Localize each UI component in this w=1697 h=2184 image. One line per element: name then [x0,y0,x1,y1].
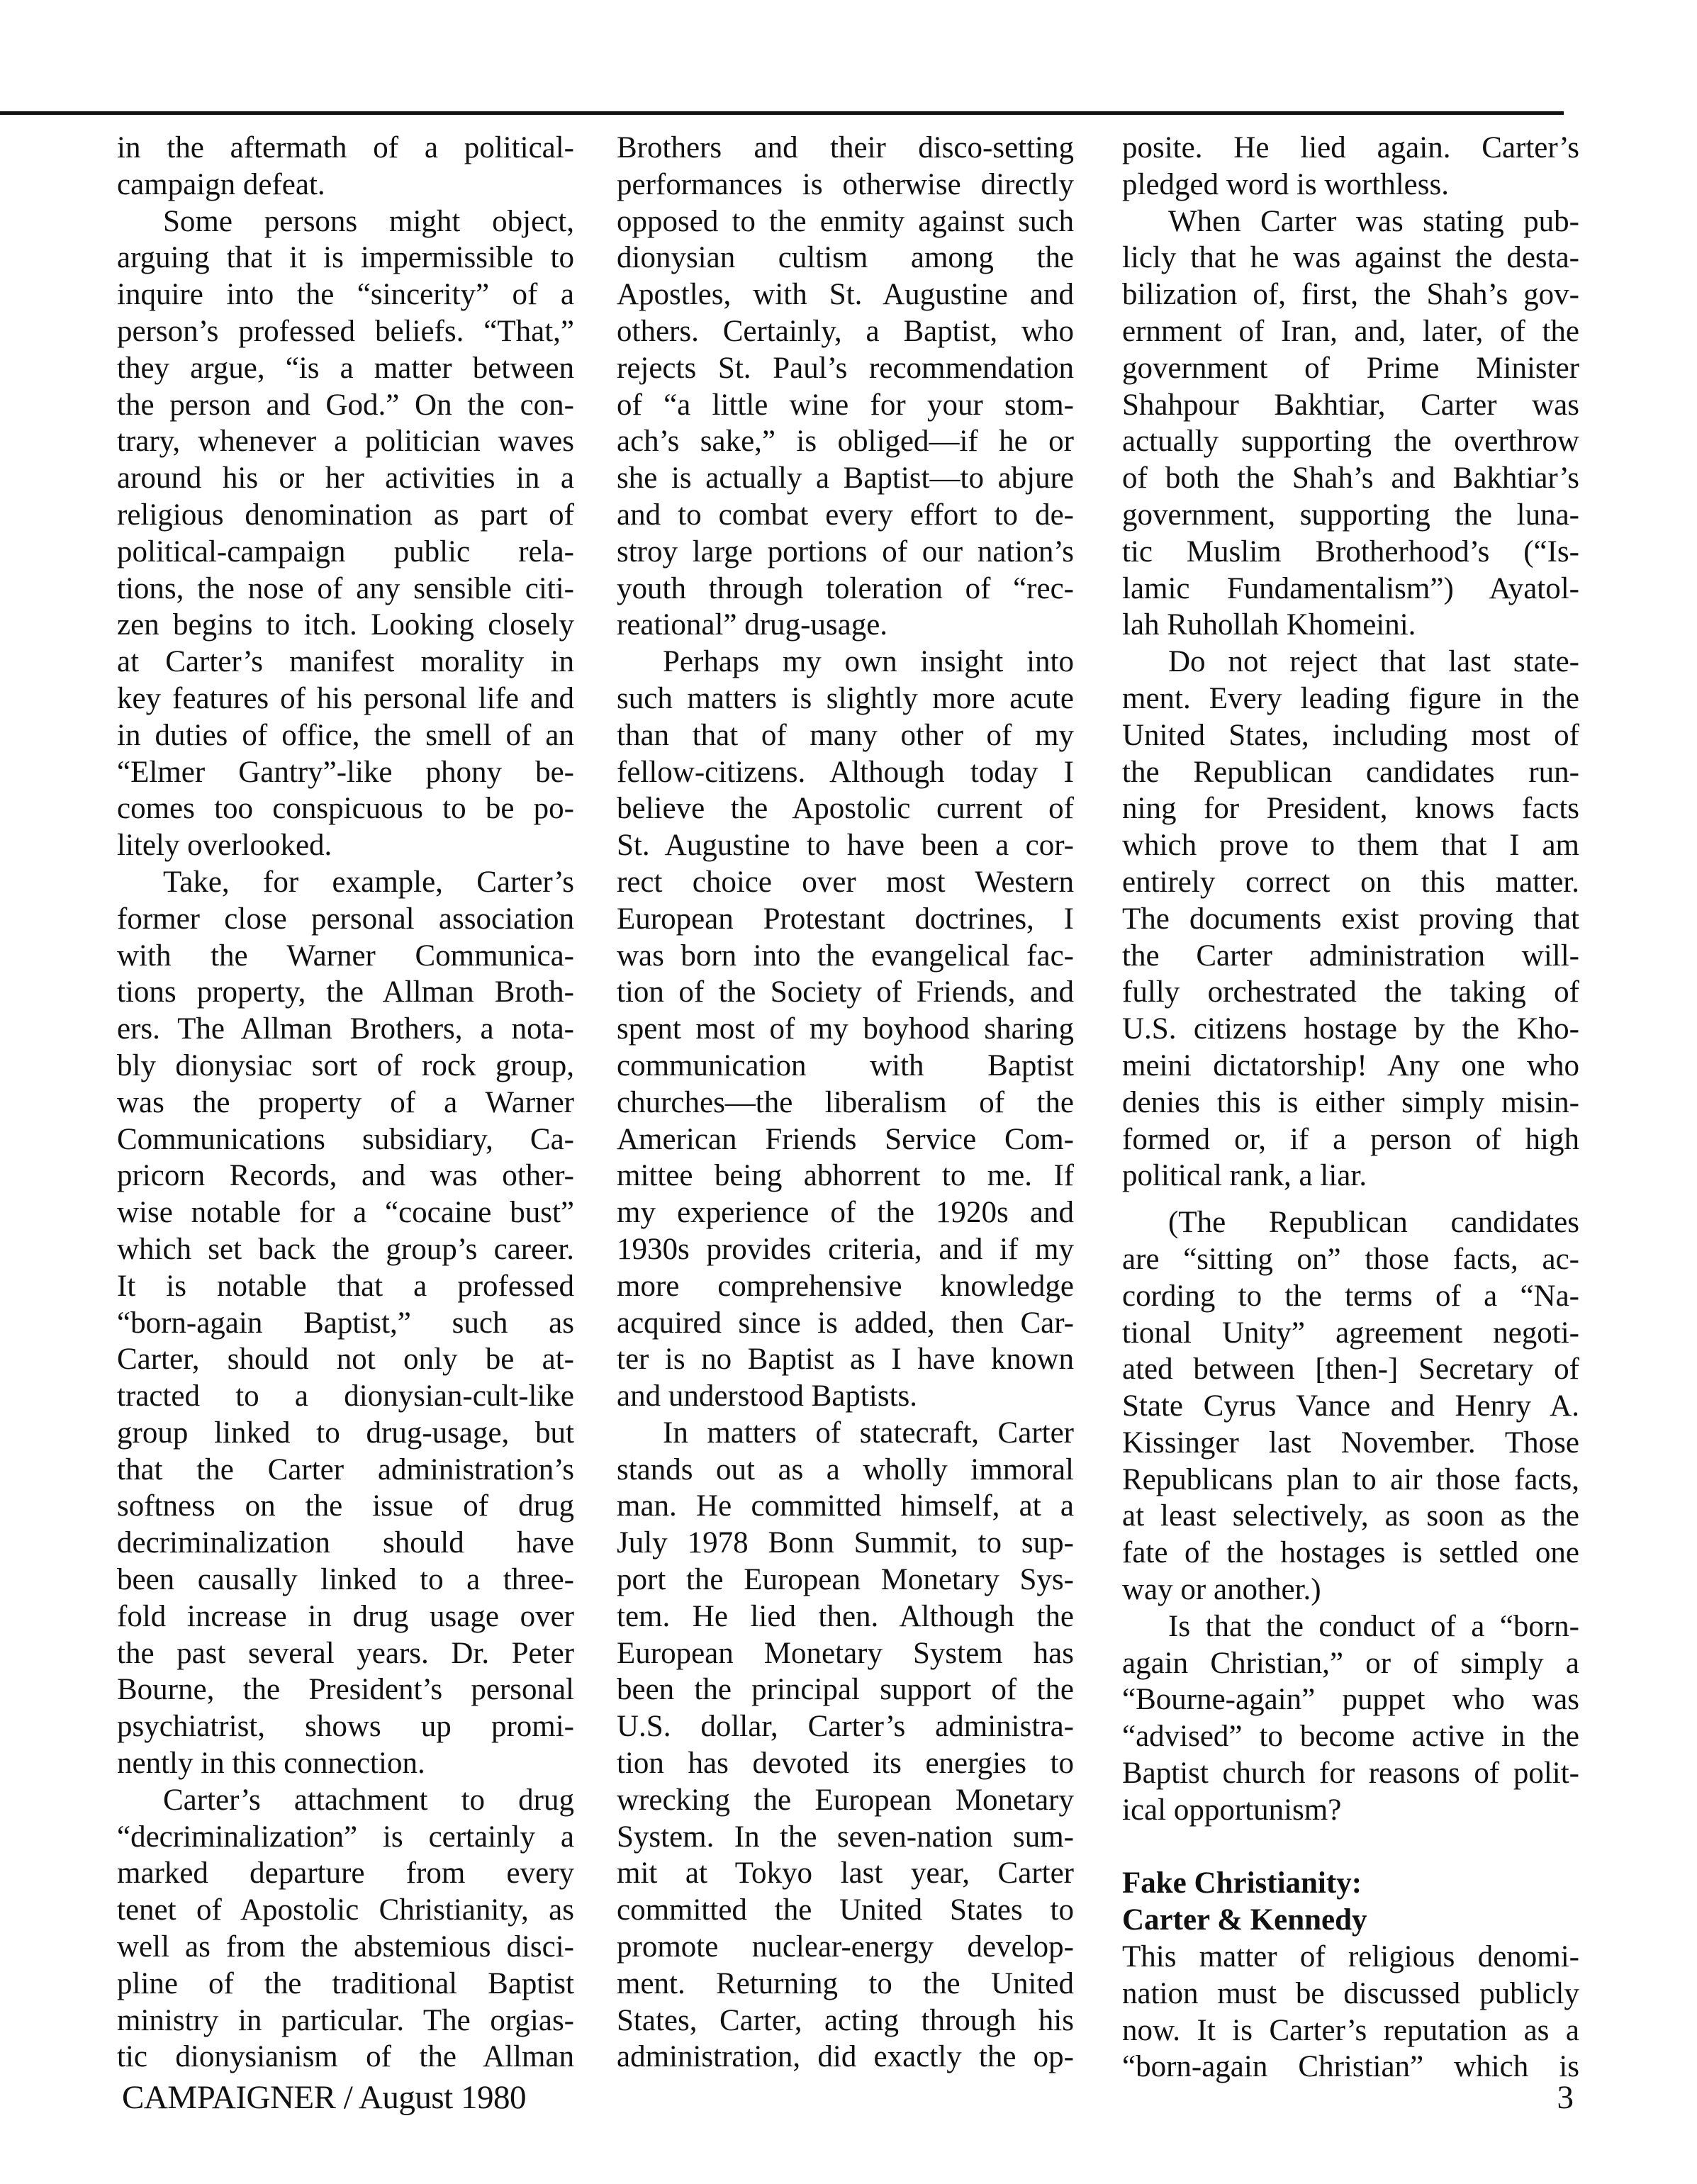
paragraph: in the aftermath of a political-campaign… [117,130,574,203]
text-line: ment. Every leading figure in the [1122,681,1579,717]
text-line: ment. Returning to the United [617,1966,1074,2003]
text-line: marked departure from every [117,1855,574,1892]
text-line: zen begins to itch. Looking closely [117,607,574,644]
text-line: comes too conspicuous to be po- [117,790,574,827]
text-line: States, Carter, acting through his [617,2003,1074,2039]
text-line: in duties of office, the smell of an [117,717,574,754]
text-line: ated between [then-] Secretary of [1122,1351,1579,1388]
paragraph: posite. He lied again. Carter’spledged w… [1122,130,1579,203]
text-line: posite. He lied again. Carter’s [1122,130,1579,167]
text-line: political rank, a liar. [1122,1158,1579,1194]
text-line: youth through toleration of “rec- [617,571,1074,607]
text-line: in the aftermath of a political- [117,130,574,167]
text-line: It is notable that a professed [117,1268,574,1305]
text-line: communication with Baptist [617,1048,1074,1085]
text-line: my experience of the 1920s and [617,1194,1074,1231]
text-line: Apostles, with St. Augustine and [617,276,1074,313]
text-line: former close personal association [117,901,574,938]
text-line: Is that the conduct of a “born- [1122,1608,1579,1645]
text-line: Take, for example, Carter’s [117,864,574,901]
text-line: pledged word is worthless. [1122,167,1579,203]
paragraph-gap [1122,1829,1579,1866]
section-heading-line: Carter & Kennedy [1122,1902,1579,1939]
text-line: meini dictatorship! Any one who [1122,1048,1579,1085]
text-line: Shahpour Bakhtiar, Carter was [1122,387,1579,424]
text-line: mit at Tokyo last year, Carter [617,1855,1074,1892]
text-line: dionysian cultism among the [617,240,1074,276]
text-line: of both the Shah’s and Bakhtiar’s [1122,460,1579,497]
text-line: July 1978 Bonn Summit, to sup- [617,1525,1074,1562]
text-line: stands out as a wholly immoral [617,1452,1074,1489]
page-number: 3 [1552,2078,1574,2117]
text-line: and to combat every effort to de- [617,497,1074,534]
text-line: 1930s provides criteria, and if my [617,1231,1074,1268]
text-line: Some persons might object, [117,203,574,240]
text-line: inquire into the “sincerity” of a [117,276,574,313]
text-line: the person and God.” On the con- [117,387,574,424]
text-line: Bourne, the President’s personal [117,1671,574,1708]
running-footer: CAMPAIGNER / August 1980 [122,2078,526,2117]
text-line: formed or, if a person of high [1122,1121,1579,1158]
text-line: tion of the Society of Friends, and [617,974,1074,1011]
text-line: nently in this connection. [117,1745,574,1782]
text-line: acquired since is added, then Car- [617,1305,1074,1342]
text-line: which set back the group’s career. [117,1231,574,1268]
text-line: of “a little wine for your stom- [617,387,1074,424]
text-line: fold increase in drug usage over [117,1598,574,1635]
text-line: lah Ruhollah Khomeini. [1122,607,1579,644]
header-rule [0,111,1564,115]
text-line: cording to the terms of a “Na- [1122,1278,1579,1315]
section-heading-line: Fake Christianity: [1122,1865,1579,1902]
text-line: spent most of my boyhood sharing [617,1011,1074,1048]
text-line: well as from the abstemious disci- [117,1929,574,1966]
text-line: more comprehensive knowledge [617,1268,1074,1305]
text-line: United States, including most of [1122,717,1579,754]
text-line: bilization of, first, the Shah’s gov- [1122,276,1579,313]
text-line: ach’s sake,” is obliged—if he or [617,423,1074,460]
text-line: “Elmer Gantry”-like phony be- [117,754,574,791]
text-line: at Carter’s manifest morality in [117,644,574,681]
text-line: pricorn Records, and was other- [117,1158,574,1194]
text-line: European Protestant doctrines, I [617,901,1074,938]
text-line: was the property of a Warner [117,1085,574,1121]
text-line: been causally linked to a three- [117,1562,574,1598]
article-column-1: in the aftermath of a political-campaign… [117,130,574,2076]
text-line: they argue, “is a matter between [117,350,574,387]
text-line: tions property, the Allman Broth- [117,974,574,1011]
text-line: litely overlooked. [117,827,574,864]
paragraph: Some persons might object,arguing that i… [117,203,574,864]
paragraph: In matters of statecraft, Carterstands o… [617,1415,1074,2076]
text-line: campaign defeat. [117,167,574,203]
text-line: promote nuclear-energy develop- [617,1929,1074,1966]
text-line: Do not reject that last state- [1122,644,1579,681]
text-line: tracted to a dionysian-cult-like [117,1378,574,1415]
text-line: government, supporting the luna- [1122,497,1579,534]
text-line: entirely correct on this matter. [1122,864,1579,901]
text-line: religious denomination as part of [117,497,574,534]
text-line: licly that he was against the desta- [1122,240,1579,276]
paragraph: Carter’s attachment to drug“decriminaliz… [117,1782,574,2076]
text-line: the past several years. Dr. Peter [117,1635,574,1672]
article-column-2: Brothers and their disco-settingperforma… [617,130,1074,2076]
text-line: wrecking the European Monetary [617,1782,1074,1819]
text-line: lamic Fundamentalism”) Ayatol- [1122,571,1579,607]
paragraph: (The Republican candidatesare “sitting o… [1122,1204,1579,1608]
paragraph: When Carter was stating pub-licly that h… [1122,203,1579,644]
paragraph: Do not reject that last state-ment. Ever… [1122,644,1579,1194]
text-line: ers. The Allman Brothers, a nota- [117,1011,574,1048]
text-line: tions, the nose of any sensible citi- [117,571,574,607]
text-line: man. He committed himself, at a [617,1488,1074,1525]
text-line: State Cyrus Vance and Henry A. [1122,1388,1579,1425]
text-line: “born-again Baptist,” such as [117,1305,574,1342]
text-line: she is actually a Baptist—to abjure [617,460,1074,497]
text-line: the Republican candidates run- [1122,754,1579,791]
text-line: churches—the liberalism of the [617,1085,1074,1121]
text-line: now. It is Carter’s reputation as a [1122,2012,1579,2049]
text-line: “Bourne-again” puppet who was [1122,1681,1579,1718]
text-line: been the principal support of the [617,1671,1074,1708]
text-line: ical opportunism? [1122,1792,1579,1829]
text-line: Baptist church for reasons of polit- [1122,1755,1579,1792]
text-line: Carter’s attachment to drug [117,1782,574,1819]
text-line: such matters is slightly more acute [617,681,1074,717]
text-line: Republicans plan to air those facts, [1122,1462,1579,1499]
paragraph: Is that the conduct of a “born-again Chr… [1122,1608,1579,1829]
text-line: “born-again Christian” which is [1122,2049,1579,2085]
text-line: Brothers and their disco-setting [617,130,1074,167]
text-line: ter is no Baptist as I have known [617,1341,1074,1378]
text-line: rejects St. Paul’s recommendation [617,350,1074,387]
text-line: rect choice over most Western [617,864,1074,901]
text-line: that the Carter administration’s [117,1452,574,1489]
text-line: This matter of religious denomi- [1122,1939,1579,1976]
text-line: Carter, should not only be at- [117,1341,574,1378]
text-line: committed the United States to [617,1892,1074,1929]
text-line: ernment of Iran, and, later, of the [1122,313,1579,350]
text-line: American Friends Service Com- [617,1121,1074,1158]
text-line: which prove to them that I am [1122,827,1579,864]
text-line: was born into the evangelical fac- [617,938,1074,975]
text-line: European Monetary System has [617,1635,1074,1672]
text-line: key features of his personal life and [117,681,574,717]
text-line: U.S. citizens hostage by the Kho- [1122,1011,1579,1048]
text-line: denies this is either simply misin- [1122,1085,1579,1121]
text-line: nation must be discussed publicly [1122,1976,1579,2012]
text-line: St. Augustine to have been a cor- [617,827,1074,864]
text-line: pline of the traditional Baptist [117,1966,574,2003]
text-line: tic Muslim Brotherhood’s (“Is- [1122,534,1579,571]
text-line: port the European Monetary Sys- [617,1562,1074,1598]
text-line: psychiatrist, shows up promi- [117,1708,574,1745]
text-line: the Carter administration will- [1122,938,1579,975]
text-line: tem. He lied then. Although the [617,1598,1074,1635]
text-line: stroy large portions of our nation’s [617,534,1074,571]
text-line: are “sitting on” those facts, ac- [1122,1241,1579,1278]
paragraph: This matter of religious denomi-nation m… [1122,1939,1579,2085]
text-line: When Carter was stating pub- [1122,203,1579,240]
text-line: at least selectively, as soon as the [1122,1498,1579,1535]
text-line: administration, did exactly the op- [617,2039,1074,2076]
text-line: opposed to the enmity against such [617,203,1074,240]
text-line: U.S. dollar, Carter’s administra- [617,1708,1074,1745]
text-line: Communications subsidiary, Ca- [117,1121,574,1158]
paragraph: Perhaps my own insight intosuch matters … [617,644,1074,1415]
text-line: bly dionysiac sort of rock group, [117,1048,574,1085]
text-line: fully orchestrated the taking of [1122,974,1579,1011]
text-line: government of Prime Minister [1122,350,1579,387]
text-line: Kissinger last November. Those [1122,1425,1579,1462]
paragraph: Take, for example, Carter’sformer close … [117,864,574,1782]
article-column-3: posite. He lied again. Carter’spledged w… [1122,130,1579,2085]
paragraph: Brothers and their disco-settingperforma… [617,130,1074,644]
text-line: tional Unity” agreement negoti- [1122,1315,1579,1352]
text-line: performances is otherwise directly [617,167,1074,203]
text-line: group linked to drug-usage, but [117,1415,574,1452]
text-line: person’s professed beliefs. “That,” [117,313,574,350]
text-line: and understood Baptists. [617,1378,1074,1415]
text-line: than that of many other of my [617,717,1074,754]
text-line: trary, whenever a politician waves [117,423,574,460]
text-line: (The Republican candidates [1122,1204,1579,1241]
text-line: believe the Apostolic current of [617,790,1074,827]
text-line: arguing that it is impermissible to [117,240,574,276]
text-line: actually supporting the overthrow [1122,423,1579,460]
text-line: wise notable for a “cocaine bust” [117,1194,574,1231]
text-line: decriminalization should have [117,1525,574,1562]
text-line: “decriminalization” is certainly a [117,1819,574,1856]
text-line: with the Warner Communica- [117,938,574,975]
text-line: others. Certainly, a Baptist, who [617,313,1074,350]
text-line: reational” drug-usage. [617,607,1074,644]
text-line: softness on the issue of drug [117,1488,574,1525]
text-line: Perhaps my own insight into [617,644,1074,681]
text-line: ministry in particular. The orgias- [117,2003,574,2039]
text-line: again Christian,” or of simply a [1122,1645,1579,1682]
text-line: ning for President, knows facts [1122,790,1579,827]
text-line: In matters of statecraft, Carter [617,1415,1074,1452]
text-line: political-campaign public rela- [117,534,574,571]
text-line: fate of the hostages is settled one [1122,1535,1579,1572]
text-line: way or another.) [1122,1572,1579,1608]
text-line: System. In the seven-nation sum- [617,1819,1074,1856]
text-line: tenet of Apostolic Christianity, as [117,1892,574,1929]
text-line: The documents exist proving that [1122,901,1579,938]
text-line: tic dionysianism of the Allman [117,2039,574,2076]
text-line: “advised” to become active in the [1122,1718,1579,1755]
text-line: around his or her activities in a [117,460,574,497]
paragraph-gap [1122,1194,1579,1204]
text-line: mittee being abhorrent to me. If [617,1158,1074,1194]
text-line: fellow-citizens. Although today I [617,754,1074,791]
section-heading: Fake Christianity:Carter & Kennedy [1122,1865,1579,1939]
text-line: tion has devoted its energies to [617,1745,1074,1782]
